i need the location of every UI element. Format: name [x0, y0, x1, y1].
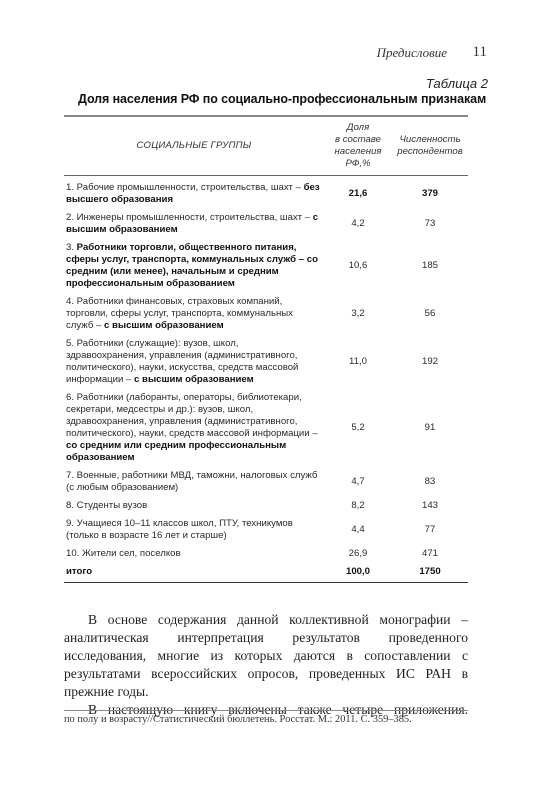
- table-row: 2. Инженеры промышленности, строительств…: [64, 209, 468, 239]
- respondents-value: 192: [392, 356, 468, 368]
- header-share-line: населения: [324, 146, 392, 158]
- table-header: СОЦИАЛЬНЫЕ ГРУППЫ Доля в составе населен…: [64, 115, 468, 176]
- respondents-value: 73: [392, 218, 468, 230]
- running-head-section: Предисловие: [377, 45, 447, 61]
- social-group-label: 2. Инженеры промышленности, строительств…: [64, 212, 324, 236]
- social-group-label: 10. Жители сел, поселков: [64, 548, 324, 560]
- respondents-value: 185: [392, 260, 468, 272]
- table-row: 10. Жители сел, поселков26,9471: [64, 545, 468, 563]
- respondents-value: 379: [392, 188, 468, 200]
- social-group-label: 3. Работники торговли, общественного пит…: [64, 242, 324, 290]
- header-share-line: в составе: [324, 134, 392, 146]
- respondents-value: 83: [392, 476, 468, 488]
- respondents-value: 56: [392, 308, 468, 320]
- header-share: Доля в составе населения РФ,%: [324, 122, 392, 170]
- social-group-label: 1. Рабочие промышленности, строительства…: [64, 182, 324, 206]
- table-row: 8. Студенты вузов8,2143: [64, 497, 468, 515]
- table-row-total: итого 100,0 1750: [64, 563, 468, 583]
- data-table: СОЦИАЛЬНЫЕ ГРУППЫ Доля в составе населен…: [64, 115, 468, 583]
- total-label: итого: [64, 566, 324, 578]
- header-count-line: Численность: [392, 134, 468, 146]
- social-group-label: 9. Учащиеся 10–11 классов школ, ПТУ, тех…: [64, 518, 324, 542]
- respondents-value: 77: [392, 524, 468, 536]
- table-row: 4. Работники финансовых, страховых компа…: [64, 293, 468, 335]
- social-group-label: 6. Работники (лаборанты, операторы, библ…: [64, 392, 324, 464]
- total-share: 100,0: [324, 566, 392, 578]
- respondents-value: 471: [392, 548, 468, 560]
- share-value: 21,6: [324, 188, 392, 200]
- respondents-value: 91: [392, 422, 468, 434]
- table-row: 7. Военные, работники МВД, таможни, нало…: [64, 467, 468, 497]
- social-group-label: 5. Работники (служащие): вузов, школ, зд…: [64, 338, 324, 386]
- respondents-value: 143: [392, 500, 468, 512]
- share-value: 11,0: [324, 356, 392, 368]
- share-value: 4,4: [324, 524, 392, 536]
- social-group-label: 4. Работники финансовых, страховых компа…: [64, 296, 324, 332]
- share-value: 4,2: [324, 218, 392, 230]
- footnote: по полу и возрасту//Статистический бюлле…: [64, 714, 468, 725]
- share-value: 26,9: [324, 548, 392, 560]
- table-row: 5. Работники (служащие): вузов, школ, зд…: [64, 335, 468, 389]
- header-social-groups: СОЦИАЛЬНЫЕ ГРУППЫ: [64, 140, 324, 152]
- running-head: Предисловие 11: [0, 45, 533, 65]
- table-body: 1. Рабочие промышленности, строительства…: [64, 176, 468, 563]
- header-share-line: Доля: [324, 122, 392, 134]
- header-share-line: РФ,%: [324, 158, 392, 170]
- share-value: 5,2: [324, 422, 392, 434]
- footnote-divider: [64, 710, 468, 711]
- social-group-label: 7. Военные, работники МВД, таможни, нало…: [64, 470, 324, 494]
- total-count: 1750: [392, 566, 468, 578]
- page-number: 11: [473, 44, 487, 61]
- share-value: 10,6: [324, 260, 392, 272]
- table-title: Доля населения РФ по социально-профессио…: [78, 92, 486, 106]
- share-value: 3,2: [324, 308, 392, 320]
- social-group-label: 8. Студенты вузов: [64, 500, 324, 512]
- table-row: 9. Учащиеся 10–11 классов школ, ПТУ, тех…: [64, 515, 468, 545]
- body-text: В основе содержания данной коллективной …: [64, 611, 468, 719]
- table-row: 1. Рабочие промышленности, строительства…: [64, 179, 468, 209]
- header-respondents: Численность респондентов: [392, 134, 468, 158]
- table-row: 6. Работники (лаборанты, операторы, библ…: [64, 389, 468, 467]
- table-label: Таблица 2: [426, 76, 488, 91]
- paragraph: В основе содержания данной коллективной …: [64, 611, 468, 701]
- table-row: 3. Работники торговли, общественного пит…: [64, 239, 468, 293]
- header-count-line: респондентов: [392, 146, 468, 158]
- share-value: 8,2: [324, 500, 392, 512]
- share-value: 4,7: [324, 476, 392, 488]
